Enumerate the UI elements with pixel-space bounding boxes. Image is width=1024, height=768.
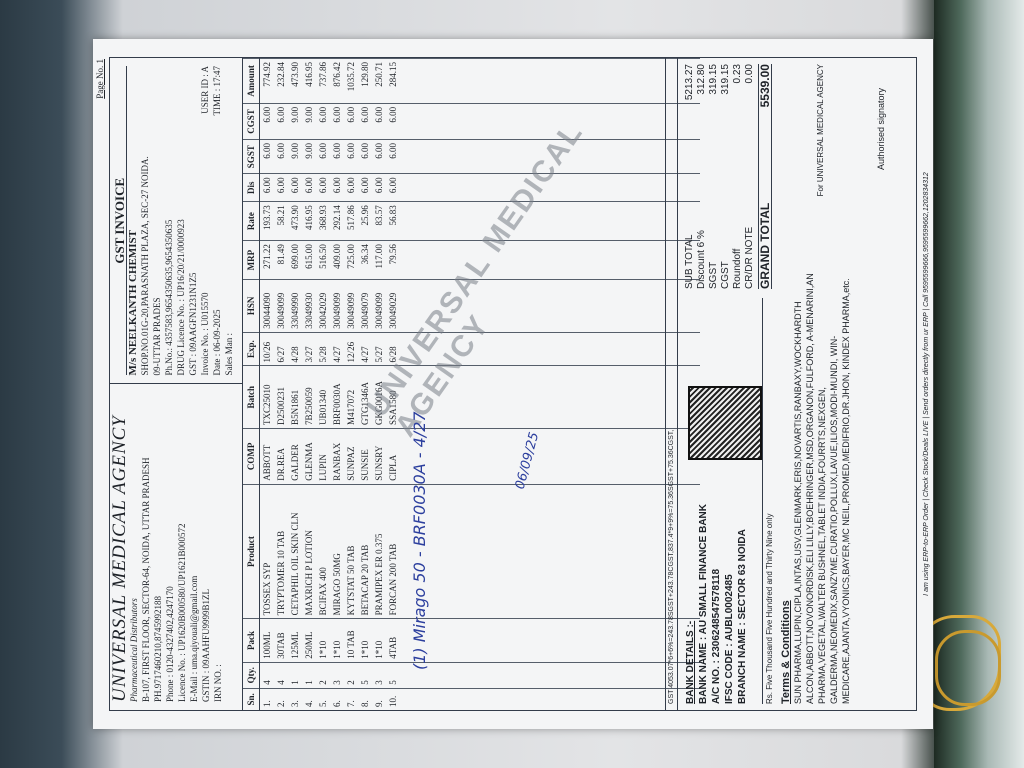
- total-label: SUB TOTAL: [684, 235, 696, 289]
- user-id: USER ID : A: [199, 66, 211, 114]
- table-cell: 6.00: [372, 103, 386, 139]
- supplier-licence: Licence No. : UP1620B000580/UP1621B00057…: [176, 393, 188, 703]
- table-cell: 5: [386, 662, 400, 688]
- table-cell: 6.00: [316, 103, 330, 139]
- table-cell: MIRAGO 50MG: [330, 484, 344, 619]
- table-cell: 6.00: [274, 140, 288, 174]
- table-cell: M417072: [344, 366, 358, 429]
- table-cell: TOSSEX SYP: [260, 484, 275, 619]
- totals-block: SUB TOTAL5213.27Discount 6 %312.80SGST31…: [684, 64, 772, 289]
- table-cell: 6/27: [274, 332, 288, 366]
- column-header: Exp.: [243, 332, 260, 366]
- table-cell: 4: [260, 662, 275, 688]
- table-cell: LUPIN: [316, 428, 330, 484]
- table-cell: SUNSIE: [358, 428, 372, 484]
- table-cell: 7.: [344, 688, 358, 710]
- party-phone: Ph.No.: 4357583,9654350635,9654350635: [163, 66, 175, 376]
- total-row: SGST319.15: [708, 64, 720, 289]
- table-cell: 6.00: [344, 174, 358, 202]
- invoice-paper: Page No. 1 UNIVERSAL MEDICAL AGENCY Phar…: [93, 39, 933, 729]
- table-cell: 416.95: [302, 59, 316, 104]
- table-cell: [400, 619, 700, 662]
- table-cell: 9.00: [302, 140, 316, 174]
- table-cell: 125ML: [288, 619, 302, 662]
- table-row: 4.1250MLMAXRICH P LOTIONGLENMA7B2500593/…: [302, 59, 316, 711]
- table-cell: 6.00: [358, 103, 372, 139]
- totals-rows: SUB TOTAL5213.27Discount 6 %312.80SGST31…: [684, 64, 756, 289]
- total-label: Discount 6 %: [696, 230, 708, 289]
- table-cell: 416.95: [302, 202, 316, 241]
- table-cell: CETAPHIL OIL SKIN CLN: [288, 484, 302, 619]
- table-cell: PRAMIPEX ER 0.375: [372, 484, 386, 619]
- column-header: Rate: [243, 202, 260, 241]
- table-cell: 33049930: [302, 280, 316, 333]
- table-cell: 6.00: [330, 103, 344, 139]
- party-state: 09-UTTAR PRADES: [151, 66, 163, 376]
- total-value: 312.80: [696, 64, 708, 95]
- table-cell: 737.86: [316, 59, 330, 104]
- total-label: CGST: [720, 261, 732, 289]
- page-number: Page No. 1: [95, 59, 105, 99]
- table-row: 1.4100MLTOSSEX SYPABBOTTTXC2501010/26300…: [260, 59, 275, 711]
- table-cell: BRF0030A: [330, 366, 344, 429]
- table-cell: 30049099: [344, 280, 358, 333]
- table-cell: 6.00: [358, 140, 372, 174]
- bank-ifsc: IFSC CODE : AUBL0002485: [723, 504, 736, 704]
- table-cell: 725.00: [344, 241, 358, 280]
- table-cell: 6.00: [316, 174, 330, 202]
- column-header: Product: [243, 484, 260, 619]
- table-cell: SUNPAZ: [344, 428, 358, 484]
- total-row: Discount 6 %312.80: [696, 64, 708, 289]
- table-cell: CIPLA: [386, 428, 400, 484]
- table-cell: 368.93: [316, 202, 330, 241]
- total-row: CGST319.15: [720, 64, 732, 289]
- table-cell: 4/27: [358, 332, 372, 366]
- total-value: 0.00: [744, 64, 756, 83]
- table-cell: ABBOTT: [260, 428, 275, 484]
- table-cell: 30044090: [260, 280, 275, 333]
- party-drug-licence: DRUG Licence No. : UP16/20/21/0000923: [175, 66, 187, 376]
- table-row: 3.1125MLCETAPHIL OIL SKIN CLNGALDERB5N18…: [288, 59, 302, 711]
- table-cell: 8.: [358, 688, 372, 710]
- total-value: 0.23: [732, 64, 744, 83]
- table-cell: 1*10: [330, 619, 344, 662]
- table-cell: 1*10: [372, 619, 386, 662]
- total-row: Roundoff0.23: [732, 64, 744, 289]
- supplier-ph: PH.9717460210,8745992188: [152, 393, 164, 703]
- table-row: 5.21*10BCIFAX 400LUPINUB013405/283004202…: [316, 59, 330, 711]
- bank-account: A/C NO. : 2306248547578118: [710, 504, 723, 704]
- table-cell: 30TAB: [274, 619, 288, 662]
- table-cell: 6.00: [344, 140, 358, 174]
- table-cell: 100ML: [260, 619, 275, 662]
- supplier-block: UNIVERSAL MEDICAL AGENCY Pharmaceutical …: [110, 384, 242, 711]
- table-cell: 774.92: [260, 59, 275, 104]
- table-cell: 7B250059: [302, 366, 316, 429]
- table-cell: D2500231: [274, 366, 288, 429]
- supplier-address: B-107, FIRST FLOOR, SECTOR-64, NOIDA, UT…: [140, 393, 152, 703]
- table-cell: 36.34: [358, 241, 372, 280]
- table-cell: 516.50: [316, 241, 330, 280]
- bank-name: BANK NAME : AU SMALL FINANCE BANK: [697, 504, 710, 704]
- table-cell: 79.56: [386, 241, 400, 280]
- invoice-header: UNIVERSAL MEDICAL AGENCY Pharmaceutical …: [110, 58, 243, 710]
- authorised-signatory: Authorised signatory: [876, 88, 886, 170]
- table-row: 6.31*10MIRAGO 50MGRANBAXBRF0030A4/273004…: [330, 59, 344, 711]
- table-cell: 2: [316, 662, 330, 688]
- for-agency-label: For UNIVERSAL MEDICAL AGENCY: [816, 64, 825, 196]
- table-cell: 4/28: [288, 332, 302, 366]
- table-row: 2.430TABTRYPTOMER 10 TABDR.READ25002316/…: [274, 59, 288, 711]
- table-cell: 1: [288, 662, 302, 688]
- table-cell: 9.00: [288, 140, 302, 174]
- erp-note: I am using ERP-to-ERP Order | Check Stoc…: [923, 58, 930, 710]
- terms-text: SUN PHARMA,LUPIN,CIPLA,INTAS,USV,GLENMAR…: [792, 258, 852, 704]
- table-cell: 6.00: [316, 140, 330, 174]
- bank-details: BANK DETAILS :- BANK NAME : AU SMALL FIN…: [684, 504, 749, 704]
- table-cell: 4: [274, 662, 288, 688]
- column-header: Qty.: [243, 662, 260, 688]
- table-cell: 193.73: [260, 202, 275, 241]
- table-cell: [400, 484, 700, 619]
- table-cell: 6.00: [358, 174, 372, 202]
- column-header: Amount: [243, 59, 260, 104]
- table-cell: 517.86: [344, 202, 358, 241]
- table-cell: KYTSTAT 50 TAB: [344, 484, 358, 619]
- table-cell: 30042029: [316, 280, 330, 333]
- table-cell: 6.00: [274, 174, 288, 202]
- gst-summary: GST 4053.07*6+6%=243.78SGST+243.78CGST,8…: [666, 58, 678, 710]
- table-cell: 473.90: [288, 59, 302, 104]
- supplier-phone: Phone : 0120-4327402,4247170: [164, 393, 176, 703]
- table-cell: 6.00: [260, 103, 275, 139]
- column-header: CGST: [243, 103, 260, 139]
- table-cell: 1*10: [316, 619, 330, 662]
- table-cell: 6.00: [344, 103, 358, 139]
- total-label: SGST: [708, 262, 720, 289]
- invoice-footer: GST 4053.07*6+6%=243.78SGST+243.78CGST,8…: [665, 58, 916, 710]
- table-cell: 2.: [274, 688, 288, 710]
- invoice-date: Date : 06-09-2025: [211, 310, 223, 376]
- table-cell: RANBAX: [330, 428, 344, 484]
- table-cell: 6.00: [372, 140, 386, 174]
- total-label: CR/DR NOTE: [744, 227, 756, 289]
- table-cell: [400, 59, 700, 104]
- table-cell: TXC25010: [260, 366, 275, 429]
- table-cell: 12/26: [344, 332, 358, 366]
- terms-conditions: Terms & Conditions SUN PHARMA,LUPIN,CIPL…: [780, 258, 852, 704]
- items-table: Sn.Qty.PackProductCOMPBatchExp.HSNMRPRat…: [243, 58, 700, 710]
- table-cell: BETACAP 20 TAB: [358, 484, 372, 619]
- table-cell: 4.: [302, 688, 316, 710]
- table-row: 7.210 TABKYTSTAT 50 TABSUNPAZM41707212/2…: [344, 59, 358, 711]
- invoice-frame: UNIVERSAL MEDICAL AGENCY Pharmaceutical …: [109, 57, 917, 711]
- table-cell: 6.00: [330, 174, 344, 202]
- table-cell: 30049029: [386, 280, 400, 333]
- qr-code: [688, 386, 762, 460]
- table-cell: 9.00: [302, 103, 316, 139]
- table-cell: 9.00: [288, 103, 302, 139]
- table-cell: 25.96: [358, 202, 372, 241]
- table-cell: 6.00: [372, 174, 386, 202]
- table-cell: 56.83: [386, 202, 400, 241]
- table-cell: [400, 662, 700, 688]
- table-cell: 6.00: [288, 174, 302, 202]
- table-cell: 129.80: [358, 59, 372, 104]
- table-cell: 6.: [330, 688, 344, 710]
- table-cell: 4/27: [330, 332, 344, 366]
- party-name: M/s NEELKANTH CHEMIST: [127, 66, 139, 376]
- total-row: SUB TOTAL5213.27: [684, 64, 696, 289]
- table-cell: TRYPTOMER 10 TAB: [274, 484, 288, 619]
- total-label: Roundoff: [732, 249, 744, 289]
- rubber-band-2: [935, 630, 1001, 706]
- table-cell: 1*10: [358, 619, 372, 662]
- supplier-name: UNIVERSAL MEDICAL AGENCY: [114, 393, 126, 703]
- table-cell: 5/27: [372, 332, 386, 366]
- table-cell: 6.00: [386, 103, 400, 139]
- table-cell: 10/26: [260, 332, 275, 366]
- table-cell: FORCAN 200 TAB: [386, 484, 400, 619]
- column-header: HSN: [243, 280, 260, 333]
- supplier-email: E-Mail : uma.qiyouali@gmail.com: [188, 393, 200, 703]
- invoice-time: TIME : 17:47: [211, 66, 223, 116]
- grand-total-row: GRAND TOTAL 5539.00: [758, 64, 772, 289]
- table-cell: 3.: [288, 688, 302, 710]
- column-header: MRP: [243, 241, 260, 280]
- table-cell: 699.00: [288, 241, 302, 280]
- date-row: Date : 06-09-2025 TIME : 17:47: [211, 66, 223, 376]
- handwritten-note: (1) Mirago 50 - BRF0030A - 4/27: [410, 411, 429, 670]
- terms-title: Terms & Conditions: [780, 600, 792, 704]
- party-block: GST INVOICE M/s NEELKANTH CHEMIST SHOP.N…: [110, 58, 242, 384]
- column-header: COMP: [243, 428, 260, 484]
- table-row: 8.51*10BETACAP 20 TABSUNSIEGTG1346A4/273…: [358, 59, 372, 711]
- table-cell: 30049079: [358, 280, 372, 333]
- table-cell: 6.00: [330, 140, 344, 174]
- table-cell: 83.57: [372, 202, 386, 241]
- bank-title: BANK DETAILS :-: [684, 504, 697, 704]
- supplier-irn: IRN NO. :: [212, 393, 224, 703]
- table-cell: 2: [344, 662, 358, 688]
- table-cell: 250.71: [372, 59, 386, 104]
- table-cell: MAXRICH P LOTION: [302, 484, 316, 619]
- invoice-no-row: Invoice No. : U015570 USER ID : A: [199, 66, 211, 376]
- total-value: 319.15: [720, 64, 732, 95]
- column-header: Sn.: [243, 688, 260, 710]
- party-address: SHOP.NO.01G-20,PARASNATH PLAZA, SEC-27 N…: [139, 66, 151, 376]
- table-cell: 5: [358, 662, 372, 688]
- total-row: CR/DR NOTE0.00: [744, 64, 756, 289]
- table-cell: 1: [302, 662, 316, 688]
- table-cell: 33049990: [288, 280, 302, 333]
- table-cell: 30049099: [372, 280, 386, 333]
- table-cell: 30049099: [274, 280, 288, 333]
- invoice-title: GST INVOICE: [114, 66, 127, 376]
- table-cell: 615.00: [302, 241, 316, 280]
- table-cell: 10 TAB: [344, 619, 358, 662]
- table-cell: 1.: [260, 688, 275, 710]
- grand-total-label: GRAND TOTAL: [759, 203, 771, 289]
- table-cell: 4TAB: [386, 619, 400, 662]
- table-cell: 876.42: [330, 59, 344, 104]
- table-cell: 6.00: [274, 103, 288, 139]
- column-header: Batch: [243, 366, 260, 429]
- table-cell: 271.22: [260, 241, 275, 280]
- column-header: Dis: [243, 174, 260, 202]
- table-cell: 30049099: [330, 280, 344, 333]
- column-header: SGST: [243, 140, 260, 174]
- table-cell: 81.49: [274, 241, 288, 280]
- table-cell: 3: [372, 662, 386, 688]
- table-cell: 232.84: [274, 59, 288, 104]
- table-cell: [400, 428, 700, 484]
- table-cell: 3: [330, 662, 344, 688]
- table-cell: BCIFAX 400: [316, 484, 330, 619]
- total-value: 5213.27: [684, 64, 696, 100]
- table-cell: GALDER: [288, 428, 302, 484]
- bank-branch: BRANCH NAME : SECTOR 63 NOIDA: [736, 504, 749, 704]
- table-cell: 6.00: [386, 140, 400, 174]
- table-cell: 6.00: [302, 174, 316, 202]
- table-cell: 6.00: [260, 174, 275, 202]
- grand-total-value: 5539.00: [759, 64, 771, 107]
- table-header-row: Sn.Qty.PackProductCOMPBatchExp.HSNMRPRat…: [243, 59, 260, 711]
- party-gst: GST : 09AAGFN1231N1Z5: [187, 66, 199, 376]
- table-cell: 5/28: [316, 332, 330, 366]
- invoice-number: Invoice No. : U015570: [199, 293, 211, 376]
- table-cell: SUNSRY: [372, 428, 386, 484]
- table-body: 1.4100MLTOSSEX SYPABBOTTTXC2501010/26300…: [260, 59, 701, 711]
- table-cell: 3/27: [302, 332, 316, 366]
- table-cell: 409.00: [330, 241, 344, 280]
- table-cell: 284.15: [386, 59, 400, 104]
- table-cell: GLENMA: [302, 428, 316, 484]
- sales-man: Sales Man :: [223, 66, 235, 376]
- table-cell: B5N1861: [288, 366, 302, 429]
- table-cell: 5.: [316, 688, 330, 710]
- amount-in-words: Rs. Five Thousand Five Hundred and Thirt…: [762, 298, 774, 704]
- table-cell: 292.14: [330, 202, 344, 241]
- table-cell: 1035.72: [344, 59, 358, 104]
- table-cell: 6.00: [260, 140, 275, 174]
- table-cell: DR.REA: [274, 428, 288, 484]
- table-cell: [400, 688, 700, 710]
- column-header: Pack: [243, 619, 260, 662]
- supplier-gstin: GSTIN : 09AAHFU9999B1ZL: [200, 393, 212, 703]
- table-cell: 58.21: [274, 202, 288, 241]
- table-cell: 10.: [386, 688, 400, 710]
- table-cell: UB01340: [316, 366, 330, 429]
- table-cell: 473.90: [288, 202, 302, 241]
- table-cell: 6.00: [386, 174, 400, 202]
- table-cell: 117.00: [372, 241, 386, 280]
- table-cell: 9.: [372, 688, 386, 710]
- table-cell: 250ML: [302, 619, 316, 662]
- total-value: 319.15: [708, 64, 720, 95]
